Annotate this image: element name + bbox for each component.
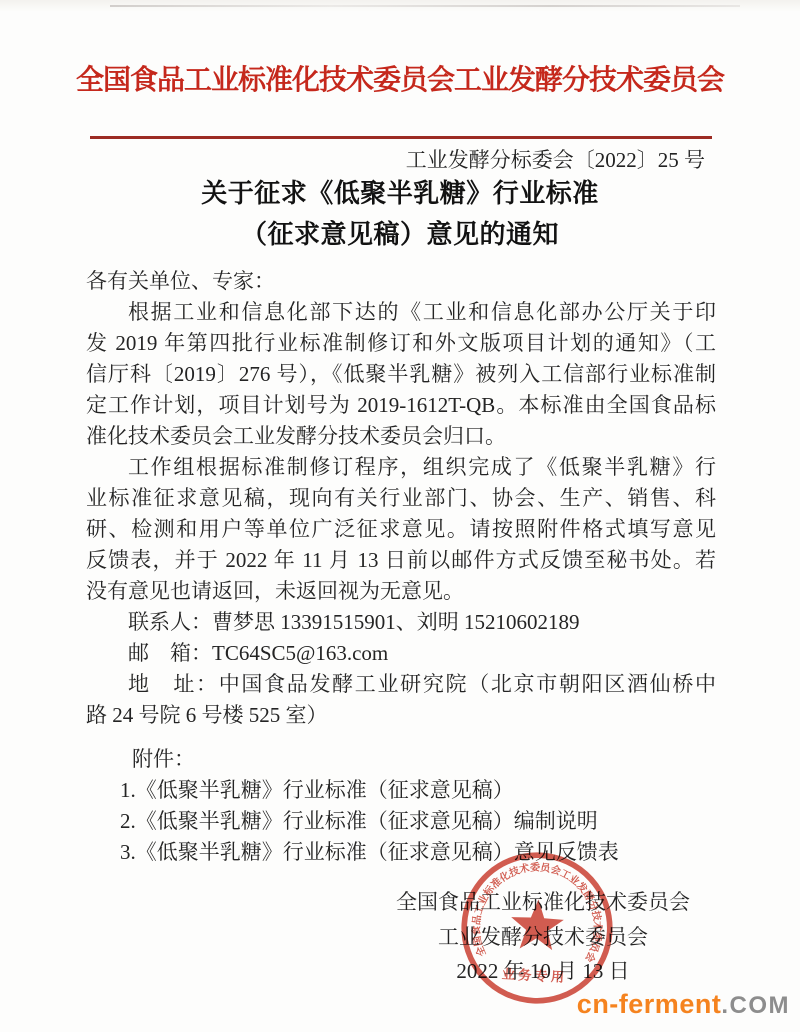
issuing-committee-header: 全国食品工业标准化技术委员会工业发酵分技术委员会 [0, 58, 800, 98]
paragraph1-line: 根据工业和信息化部下达的《工业和信息化部办公厅关于印 [86, 297, 716, 328]
document-number: 工业发酵分标委会〔2022〕25 号 [406, 144, 705, 174]
paragraph2-line: 反馈表，并于 2022 年 11 月 13 日前以邮件方式反馈至秘书处。若 [86, 545, 716, 576]
address-line: 路 24 号院 6 号楼 525 室） [86, 700, 716, 731]
notice-body: 各有关单位、专家： 根据工业和信息化部下达的《工业和信息化部办公厅关于印 发 2… [86, 266, 716, 731]
attachment-item: 2.《低聚半乳糖》行业标准（征求意见稿）编制说明 [86, 806, 716, 837]
signature-org-line1: 全国食品工业标准化技术委员会 [390, 885, 696, 920]
paragraph2-line: 业标准征求意见稿，现向有关行业部门、协会、生产、销售、科 [86, 483, 716, 514]
notice-title-line1: 关于征求《低聚半乳糖》行业标准 [0, 173, 800, 214]
watermark-name: cn-ferment [577, 989, 722, 1019]
contact-line: 联系人：曹梦思 13391515901、刘明 15210602189 [86, 607, 716, 638]
paragraph1-line: 准化技术委员会工业发酵分技术委员会归口。 [86, 421, 716, 452]
paragraph2-line: 研、检测和用户等单位广泛征求意见。请按照附件格式填写意见 [86, 514, 716, 545]
watermark-tld: .COM [721, 992, 790, 1019]
paragraph1-line: 信厅科〔2019〕276 号），《低聚半乳糖》被列入工信部行业标准制 [86, 359, 716, 390]
address-line: 地 址：中国食品发酵工业研究院（北京市朝阳区酒仙桥中 [86, 669, 716, 700]
paragraph1-line: 发 2019 年第四批行业标准制修订和外文版项目计划的通知》（工 [86, 328, 716, 359]
attachments-label: 附件： [86, 744, 716, 775]
attachment-item: 3.《低聚半乳糖》行业标准（征求意见稿）意见反馈表 [86, 837, 716, 868]
paragraph2-line: 工作组根据标准制修订程序，组织完成了《低聚半乳糖》行 [86, 452, 716, 483]
scan-artifact-line [110, 5, 740, 7]
email-line: 邮 箱：TC64SC5@163.com [86, 638, 716, 669]
notice-title-line2: （征求意见稿）意见的通知 [0, 214, 800, 255]
attachments-section: 附件： 1.《低聚半乳糖》行业标准（征求意见稿） 2.《低聚半乳糖》行业标准（征… [86, 744, 716, 868]
paragraph2-line: 没有意见也请返回，未返回视为无意见。 [86, 576, 716, 607]
salutation: 各有关单位、专家： [86, 266, 716, 297]
signature-date: 2022 年 10 月 13 日 [390, 954, 696, 989]
signature-block: 全国食品工业标准化技术委员会 工业发酵分技术委员会 2022 年 10 月 13… [390, 885, 696, 989]
notice-title: 关于征求《低聚半乳糖》行业标准 （征求意见稿）意见的通知 [0, 173, 800, 255]
scanned-notice-page: 全国食品工业标准化技术委员会工业发酵分技术委员会 工业发酵分标委会〔2022〕2… [0, 0, 800, 1032]
paragraph1-line: 定工作计划，项目计划号为 2019-1612T-QB。本标准由全国食品标 [86, 390, 716, 421]
header-divider-line [90, 136, 712, 139]
site-watermark: cn-ferment.COM [577, 989, 790, 1020]
attachment-item: 1.《低聚半乳糖》行业标准（征求意见稿） [86, 775, 716, 806]
signature-org-line2: 工业发酵分技术委员会 [390, 920, 696, 955]
